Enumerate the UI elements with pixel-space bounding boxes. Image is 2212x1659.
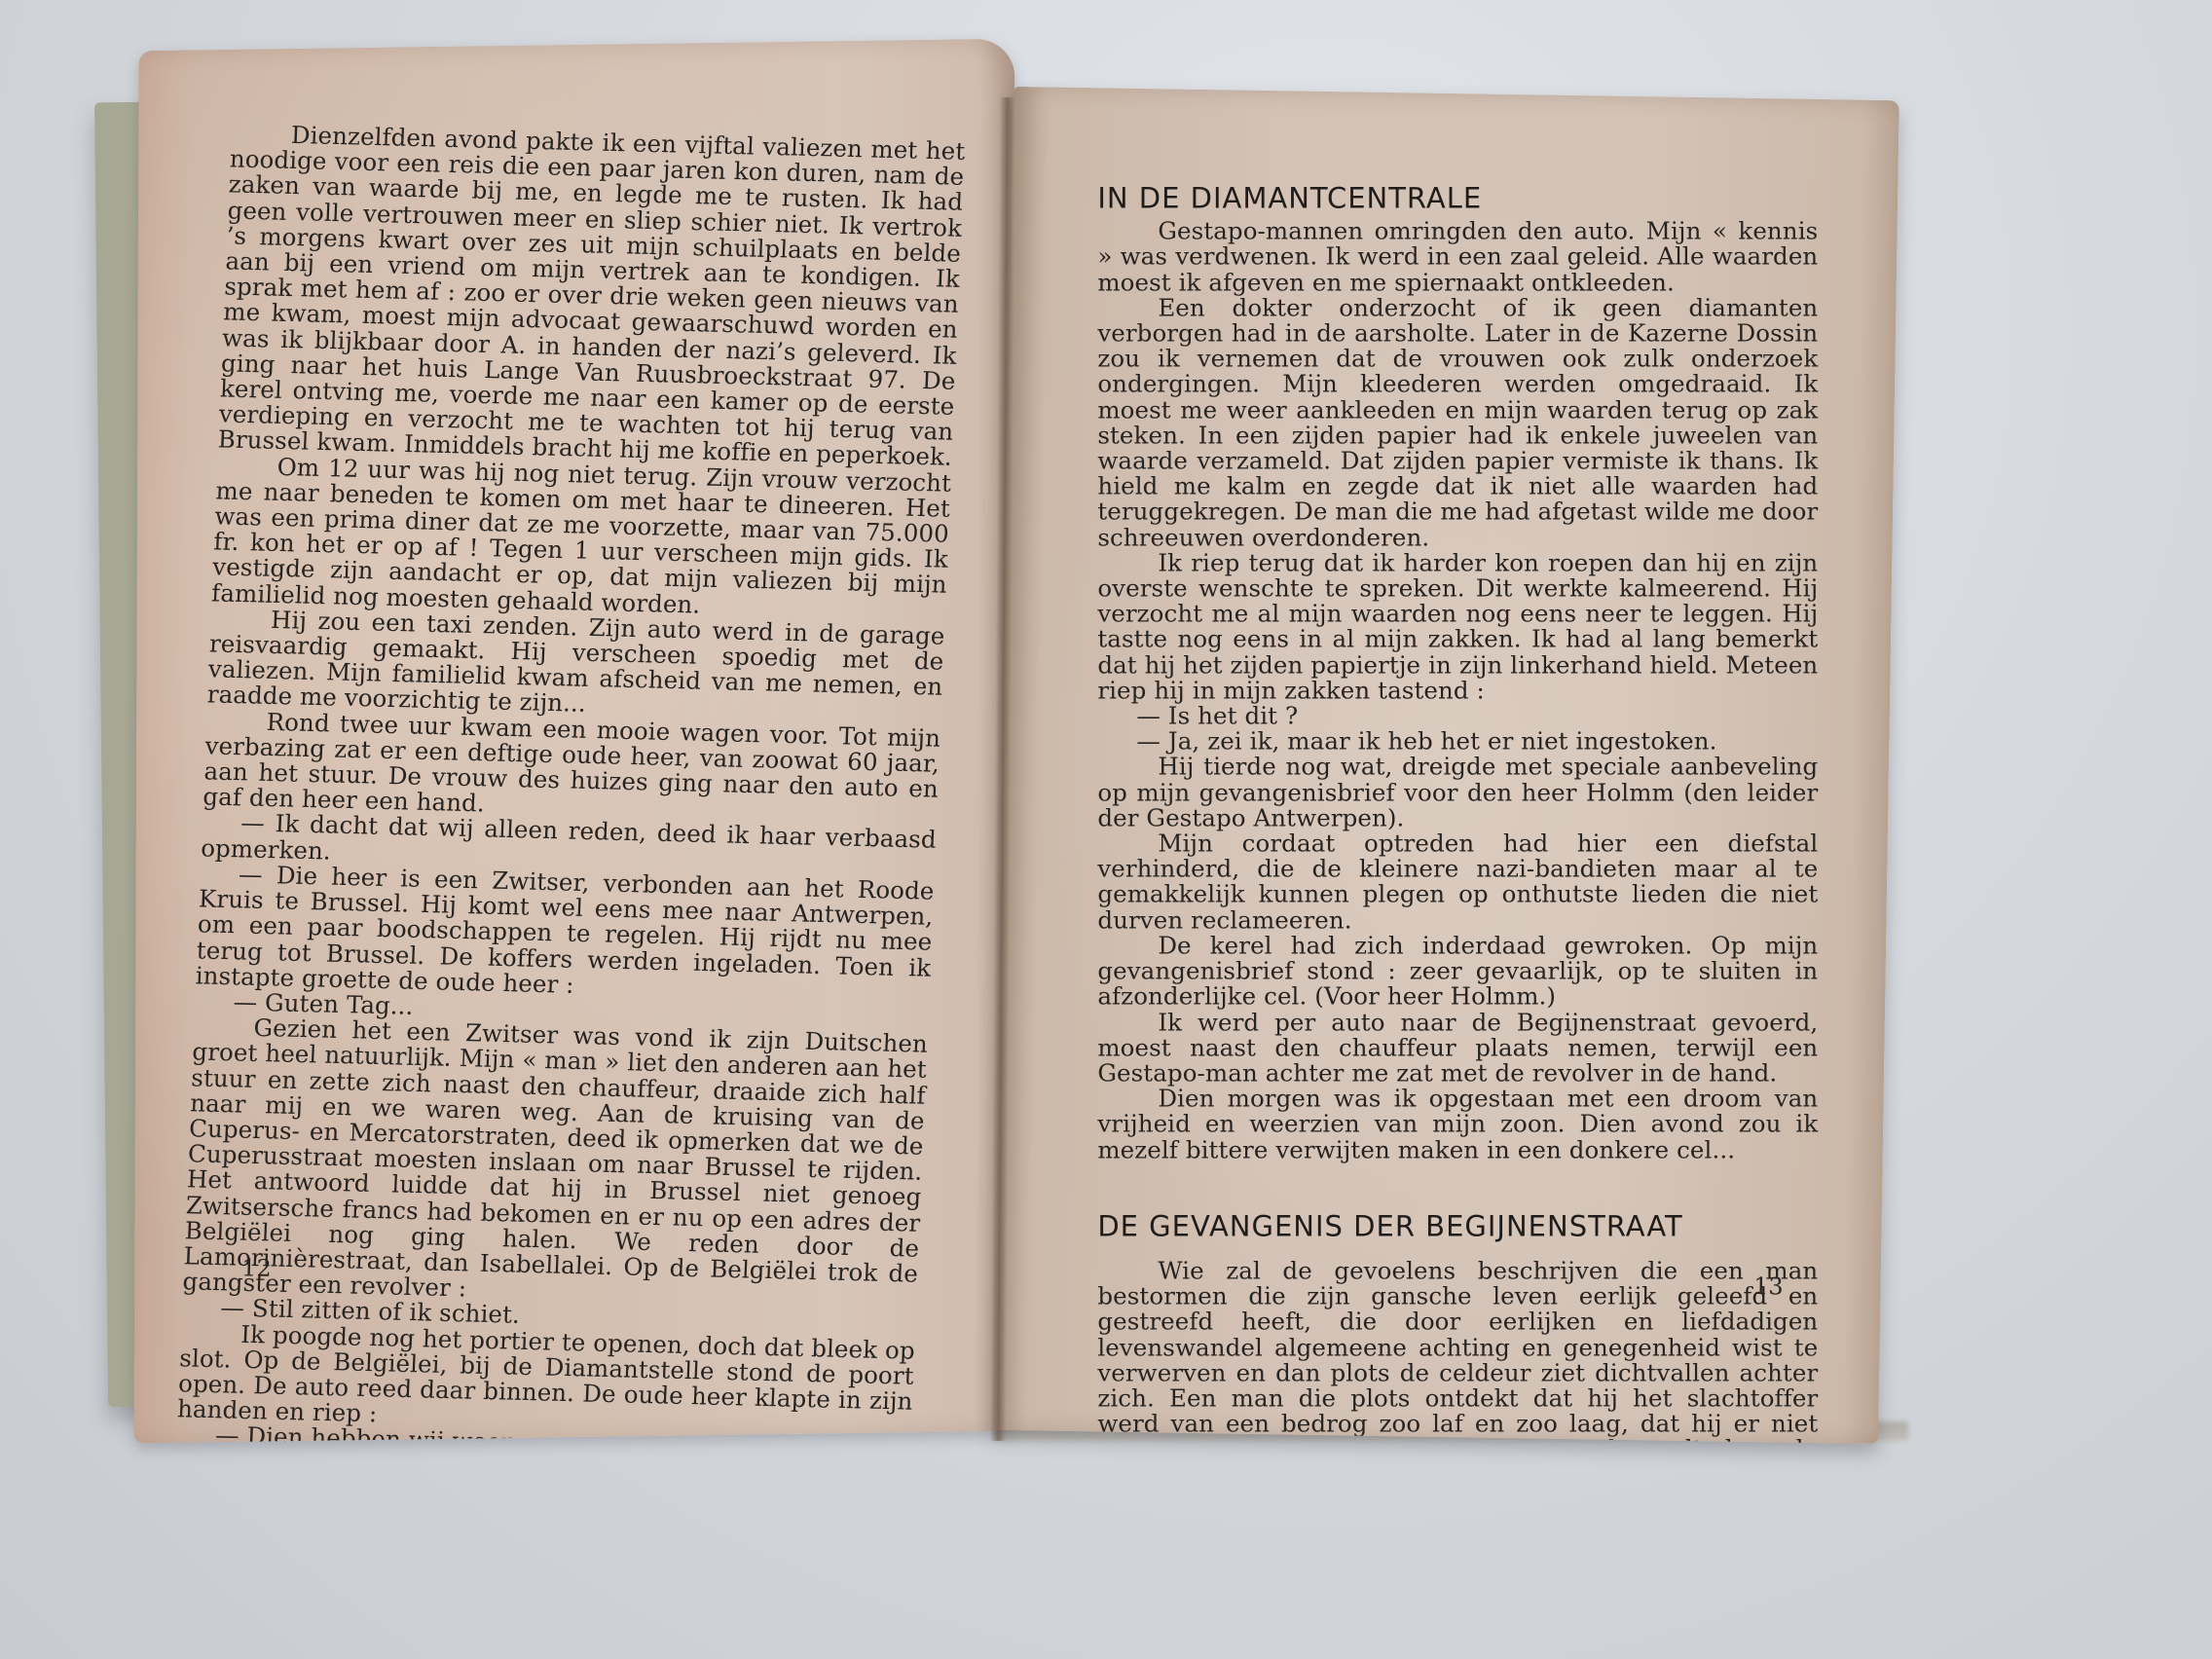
- photo-scene: Dienzelfden avond pakte ik een vijftal v…: [0, 0, 2212, 1659]
- paragraph: Ik riep terug dat ik harder kon roepen d…: [1097, 550, 1818, 703]
- paragraph: Hij tierde nog wat, dreigde met speciale…: [1097, 755, 1818, 831]
- paragraph: Gezien het een Zwitser was vond ik zijn …: [182, 1014, 928, 1312]
- paragraph: Om 12 uur was hij nog niet terug. Zijn v…: [211, 453, 952, 624]
- paragraph: Mijn cordaat optreden had hier een diefs…: [1097, 830, 1818, 933]
- section-heading: DE GEVANGENIS DER BEGIJNENSTRAAT: [1097, 1213, 1818, 1238]
- right-page: IN DE DIAMANTCENTRALE Gestapo-mannen omr…: [992, 87, 1899, 1444]
- page-number-right: 13: [1753, 1272, 1784, 1300]
- dialogue-line: — Die heer is een Zwitser, verbonden aan…: [195, 861, 935, 1006]
- page-number-left: 12: [241, 1254, 272, 1281]
- paragraph: De kerel had zich inderdaad gewroken. Op…: [1097, 933, 1818, 1010]
- paragraph: Wie zal de gevoelens beschrijven die een…: [1097, 1258, 1818, 1444]
- dialogue-line: — Is het dit ?: [1097, 703, 1818, 728]
- left-page-body: Dienzelfden avond pakte ik een vijftal v…: [175, 121, 965, 1443]
- paragraph: Hij zou een taxi zenden. Zijn auto werd …: [206, 606, 945, 725]
- right-page-body: IN DE DIAMANTCENTRALE Gestapo-mannen omr…: [1097, 185, 1818, 1444]
- dialogue-line: — Ja, zei ik, maar ik heb het er niet in…: [1097, 729, 1818, 755]
- paragraph: Een dokter onderzocht of ik geen diamant…: [1097, 295, 1818, 550]
- paragraph: Ik werd per auto naar de Begijnenstraat …: [1097, 1010, 1818, 1087]
- left-page: Dienzelfden avond pakte ik een vijftal v…: [134, 39, 1015, 1444]
- paragraph: Dienzelfden avond pakte ik een vijftal v…: [217, 121, 966, 470]
- paragraph: Gestapo-mannen omringden den auto. Mijn …: [1097, 219, 1818, 296]
- paragraph: Dien morgen was ik opgestaan met een dro…: [1097, 1086, 1818, 1162]
- section-heading: IN DE DIAMANTCENTRALE: [1097, 185, 1818, 210]
